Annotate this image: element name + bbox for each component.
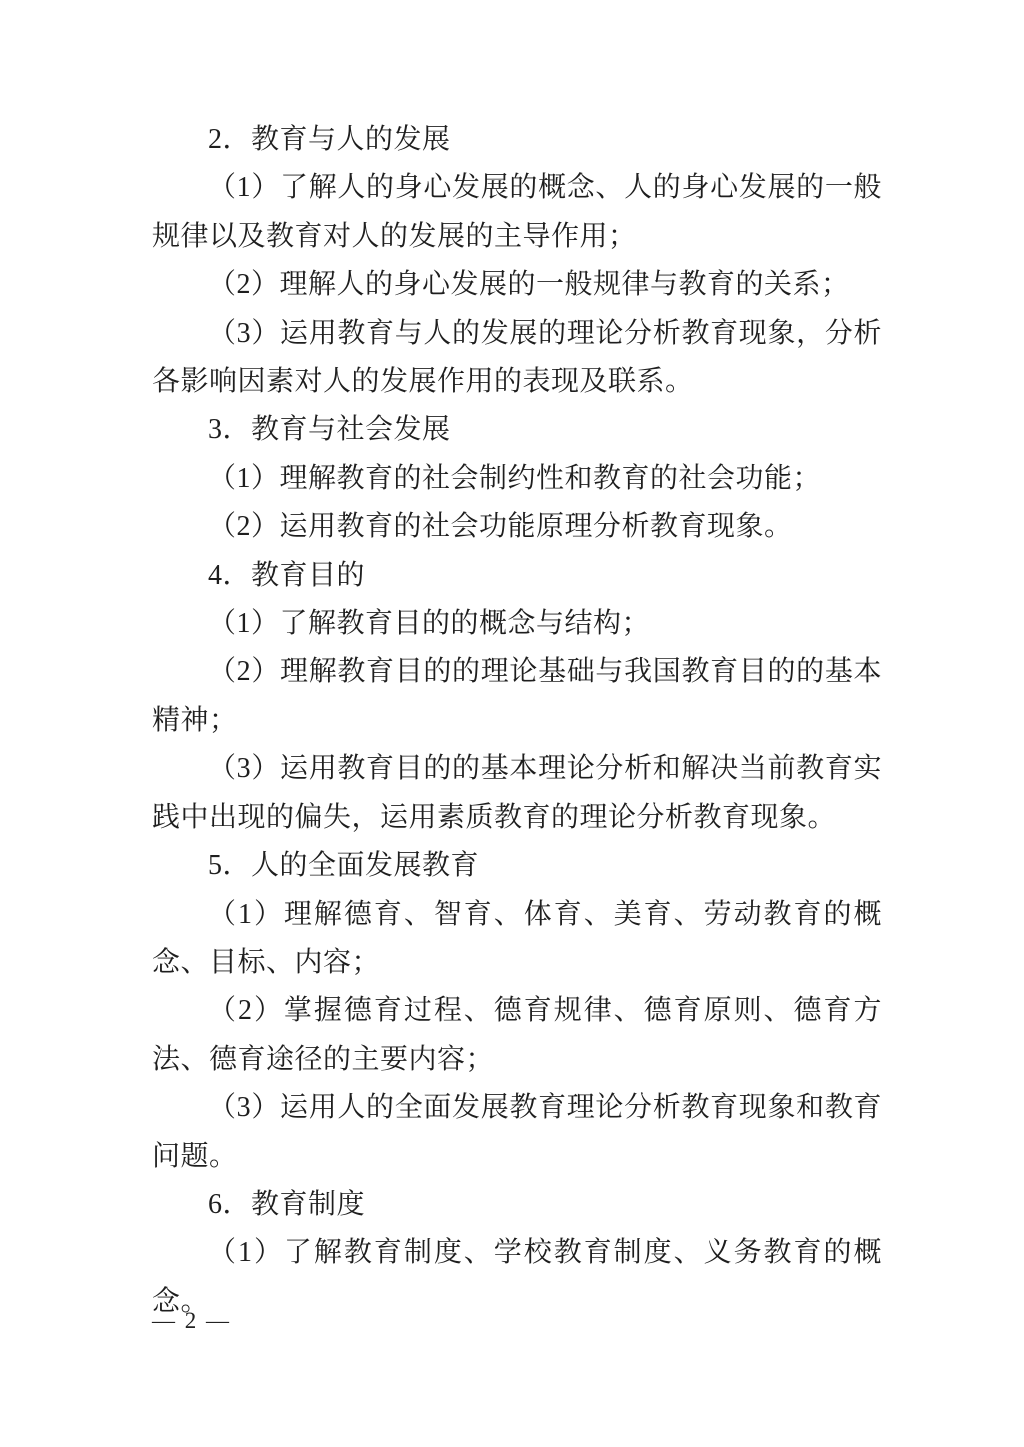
document-body: 2．教育与人的发展（1）了解人的身心发展的概念、人的身心发展的一般规律以及教育对… xyxy=(152,116,882,1326)
document-page: 2．教育与人的发展（1）了解人的身心发展的概念、人的身心发展的一般规律以及教育对… xyxy=(0,0,1024,1447)
page-number: — 2 — xyxy=(152,1308,231,1333)
requirement-item: （2）理解教育目的的理论基础与我国教育目的的基本精神； xyxy=(152,648,882,745)
requirement-item: （1）理解德育、智育、体育、美育、劳动教育的概念、目标、内容； xyxy=(152,891,882,988)
requirement-item: （1）了解人的身心发展的概念、人的身心发展的一般规律以及教育对人的发展的主导作用… xyxy=(152,164,882,261)
requirement-item: （1）了解教育目的的概念与结构； xyxy=(152,600,882,648)
requirement-item: （2）运用教育的社会功能原理分析教育现象。 xyxy=(152,503,882,551)
section-heading: 6．教育制度 xyxy=(152,1181,882,1229)
section-heading: 4．教育目的 xyxy=(152,552,882,600)
requirement-item: （2）掌握德育过程、德育规律、德育原则、德育方法、德育途径的主要内容； xyxy=(152,987,882,1084)
section-heading: 2．教育与人的发展 xyxy=(152,116,882,164)
page-footer: — 2 — xyxy=(152,1308,231,1334)
requirement-item: （3）运用人的全面发展教育理论分析教育现象和教育问题。 xyxy=(152,1084,882,1181)
section-heading: 5．人的全面发展教育 xyxy=(152,842,882,890)
requirement-item: （3）运用教育目的的基本理论分析和解决当前教育实践中出现的偏失，运用素质教育的理… xyxy=(152,745,882,842)
requirement-item: （1）了解教育制度、学校教育制度、义务教育的概念。 xyxy=(152,1229,882,1326)
requirement-item: （2）理解人的身心发展的一般规律与教育的关系； xyxy=(152,261,882,309)
requirement-item: （1）理解教育的社会制约性和教育的社会功能； xyxy=(152,455,882,503)
section-heading: 3．教育与社会发展 xyxy=(152,406,882,454)
requirement-item: （3）运用教育与人的发展的理论分析教育现象，分析各影响因素对人的发展作用的表现及… xyxy=(152,310,882,407)
